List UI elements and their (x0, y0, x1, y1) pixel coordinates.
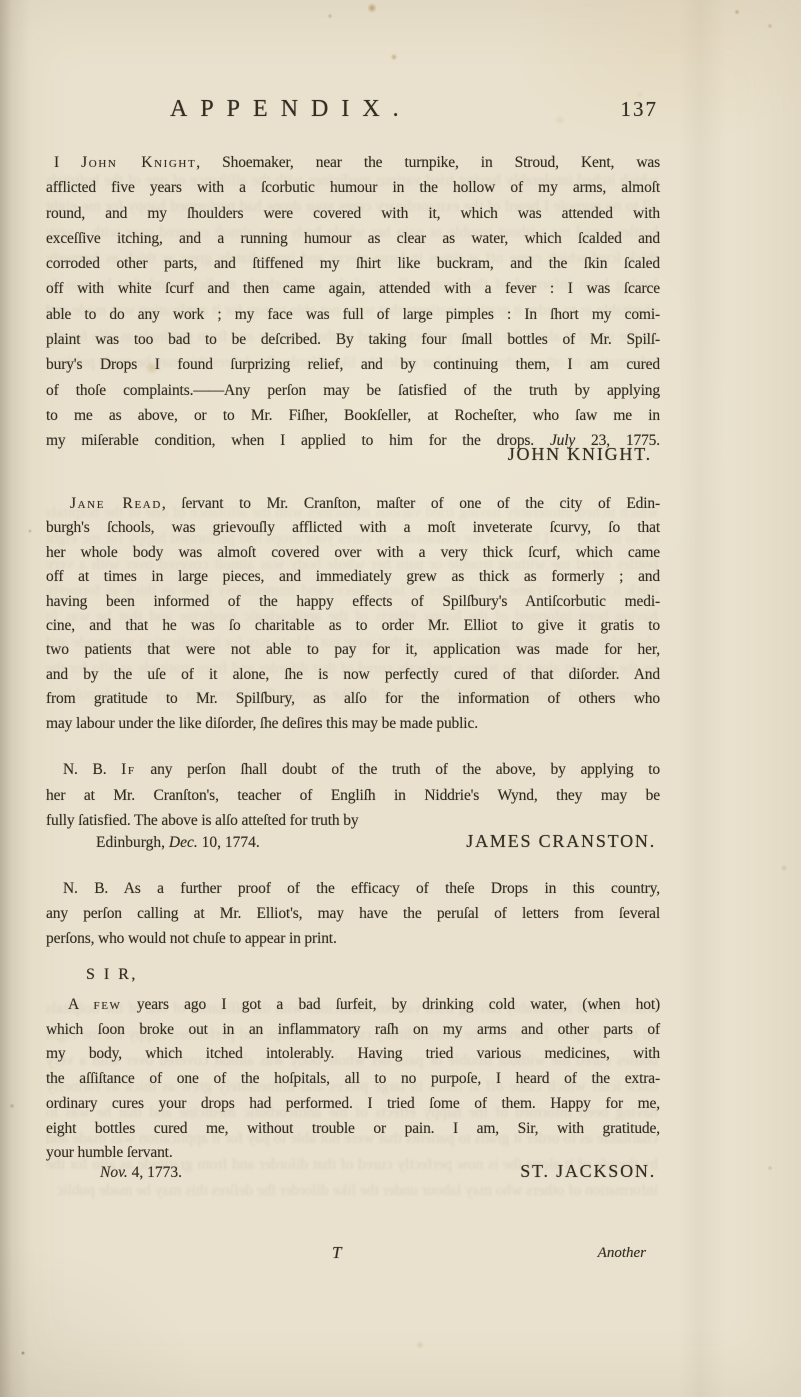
text-line: off at times in large pieces, and immedi… (46, 565, 660, 589)
signature-st-jackson: ST. JACKSON. (520, 1161, 656, 1182)
signature-james-cranston: JAMES CRANSTON. (466, 831, 656, 852)
text-line: from gratitude to Mr. Spilſbury, as alſo… (46, 687, 660, 711)
text-line: perſons, who would not chuſe to appear i… (46, 926, 660, 951)
text-line: any perſon calling at Mr. Elliot's, may … (46, 901, 660, 926)
attestation-paragraph: N. B. If any perſon ſhall doubt of the t… (46, 757, 660, 834)
text-line: off with white ſcurf and then came again… (46, 276, 660, 301)
gathering-signature-mark: T (332, 1243, 341, 1263)
text-line: which ſoon broke out in an inflammatory … (46, 1018, 660, 1043)
text-line: Jane Read, ſervant to Mr. Cranſton, maſt… (46, 492, 660, 516)
text-line: to me as above, or to Mr. Fiſher, Bookſe… (46, 403, 660, 428)
catchword: Another (598, 1245, 646, 1262)
press-footer-line: T Another (46, 1243, 656, 1267)
text-line: bury's Drops I found ſurprizing relief, … (46, 352, 660, 377)
text-line: ordinary cures your drops had performed.… (46, 1092, 660, 1117)
text-line: I John Knight, Shoemaker, near the turnp… (46, 150, 660, 175)
page-number: 137 (621, 97, 659, 122)
page-title: APPENDIX. (170, 96, 412, 123)
text-line: cine, and that he was ſo charitable as t… (46, 614, 660, 638)
text-line: of thoſe complaints.——Any perſon may be … (46, 378, 660, 403)
text-line: corroded other parts, and ſtiffened my ſ… (46, 251, 660, 276)
text-line: burgh's ſchools, was grievouſly afflicte… (46, 516, 660, 540)
text-line: my body, which itched intolerably. Havin… (46, 1042, 660, 1067)
text-line: A few years ago I got a bad ſurfeit, by … (46, 993, 660, 1018)
text-line: fully ſatisfied. The above is alſo atteſ… (46, 808, 660, 834)
signature-john-knight: JOHN KNIGHT. (508, 444, 652, 464)
letter-body-paragraph: A few years ago I got a bad ſurfeit, by … (46, 993, 660, 1166)
letter-date-row: Nov. 4, 1773. ST. JACKSON. (46, 1161, 656, 1182)
letter-date: Nov. 4, 1773. (100, 1164, 182, 1182)
testimonial-read-paragraph: Jane Read, ſervant to Mr. Cranſton, maſt… (46, 492, 660, 736)
text-line: and by the uſe of it alone, ſhe is now p… (46, 663, 660, 687)
attestation-place-date: Edinburgh, Dec. 10, 1774. (96, 834, 260, 852)
text-line: her whole body was almoſt covered over w… (46, 541, 660, 565)
further-proof-paragraph: N. B. As a further proof of the efficacy… (46, 876, 660, 951)
text-line: the aſſiſtance of one of the hoſpitals, … (46, 1067, 660, 1092)
text-line: may labour under the like diſorder, ſhe … (46, 712, 660, 736)
testimonial-knight-paragraph: I John Knight, Shoemaker, near the turnp… (46, 150, 660, 454)
page-header: APPENDIX. 137 (46, 96, 660, 132)
signature-line: JOHN KNIGHT. (46, 444, 652, 465)
text-line: two patients that were not able to pay f… (46, 638, 660, 662)
text-line: afflicted five years with a ſcorbutic hu… (46, 175, 660, 200)
text-line: eight bottles cured me, without trouble … (46, 1117, 660, 1142)
attestation-date-row: Edinburgh, Dec. 10, 1774. JAMES CRANSTON… (46, 831, 656, 852)
text-line: having been informed of the happy effect… (46, 590, 660, 614)
text-line: her at Mr. Cranſton's, teacher of Engliſ… (46, 783, 660, 809)
text-line: able to do any work ; my face was full o… (46, 302, 660, 327)
letter-salutation: S I R, (86, 966, 138, 984)
text-line: N. B. As a further proof of the efficacy… (46, 876, 660, 901)
text-line: round, and my ſhoulders were covered wit… (46, 201, 660, 226)
text-line: exceſſive itching, and a running humour … (46, 226, 660, 251)
book-page: which itched intolerably having tried va… (0, 0, 801, 1397)
text-line: plaint was too bad to be deſcribed. By t… (46, 327, 660, 352)
text-line: N. B. If any perſon ſhall doubt of the t… (46, 757, 660, 783)
